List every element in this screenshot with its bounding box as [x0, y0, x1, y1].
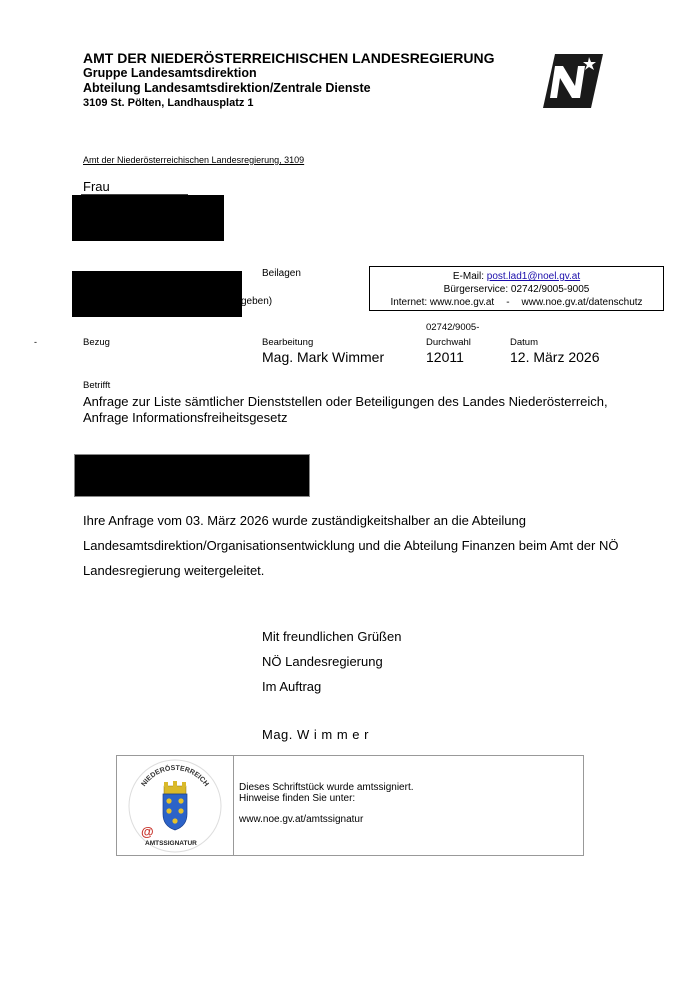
agency-title: AMT DER NIEDERÖSTERREICHISCHEN LANDESREG… — [83, 50, 494, 66]
bezug-label: Bezug — [83, 337, 110, 348]
email-link[interactable]: post.lad1@noel.gv.at — [487, 271, 580, 282]
subject-text: Anfrage zur Liste sämtlicher Dienststell… — [83, 394, 643, 426]
buergerservice-phone: Bürgerservice: 02742/9005-9005 — [370, 283, 663, 296]
datum-value: 12. März 2026 — [510, 349, 600, 365]
datum-label: Datum — [510, 337, 538, 348]
amtssignatur-seal-icon: NIEDERÖSTERREICH @ AMTSSIGNATUR — [117, 756, 234, 855]
sender-return-address: Amt der Niederösterreichischen Landesreg… — [83, 155, 304, 165]
email-label: E-Mail: — [453, 271, 487, 282]
signature-notice: Dieses Schriftstück wurde amtssigniert. … — [234, 756, 414, 855]
closing-greeting: Mit freundlichen Grüßen — [262, 629, 401, 644]
beilagen-label: Beilagen — [262, 268, 301, 279]
recipient-salutation: Frau — [83, 179, 110, 194]
bearbeitung-label: Bearbeitung — [262, 337, 313, 348]
signature-line2: Hinweise finden Sie unter: — [239, 793, 414, 804]
official-signature-block: NIEDERÖSTERREICH @ AMTSSIGNATUR Dieses S… — [116, 755, 584, 856]
contact-box: E-Mail: post.lad1@noel.gv.at Bürgerservi… — [369, 266, 664, 311]
durchwahl-prefix: 02742/9005- — [426, 322, 479, 333]
closing-authority: NÖ Landesregierung — [262, 654, 383, 669]
svg-text:@: @ — [141, 824, 154, 839]
redacted-salutation — [74, 454, 310, 497]
separator: - — [506, 296, 509, 309]
contact-internet-row: Internet: www.noe.gv.at - www.noe.gv.at/… — [370, 296, 663, 309]
durchwahl-label: Durchwahl — [426, 337, 471, 348]
signature-line1: Dieses Schriftstück wurde amtssigniert. — [239, 782, 414, 793]
letter-body: Ihre Anfrage vom 03. März 2026 wurde zus… — [83, 508, 663, 583]
agency-address: 3109 St. Pölten, Landhausplatz 1 — [83, 97, 254, 109]
durchwahl-value: 12011 — [426, 349, 464, 365]
redacted-recipient-name — [72, 195, 224, 241]
agency-department: Abteilung Landesamtsdirektion/Zentrale D… — [83, 81, 371, 95]
noe-logo-icon — [541, 52, 605, 110]
closing-on-behalf: Im Auftrag — [262, 679, 321, 694]
redacted-recipient-address — [72, 271, 242, 317]
svg-text:AMTSSIGNATUR: AMTSSIGNATUR — [145, 840, 197, 847]
closing-signature: Mag. W i m m e r — [262, 727, 369, 742]
agency-group: Gruppe Landesamtsdirektion — [83, 66, 257, 80]
fold-mark: - — [34, 337, 37, 347]
signature-url: www.noe.gv.at/amtssignatur — [239, 814, 414, 825]
bearbeiter-value: Mag. Mark Wimmer — [262, 349, 384, 365]
internet-link: Internet: www.noe.gv.at — [390, 296, 494, 309]
subject-label: Betrifft — [83, 380, 110, 391]
partial-redacted-text: geben) — [241, 296, 272, 307]
privacy-link: www.noe.gv.at/datenschutz — [522, 296, 643, 309]
contact-email-row: E-Mail: post.lad1@noel.gv.at — [370, 270, 663, 283]
